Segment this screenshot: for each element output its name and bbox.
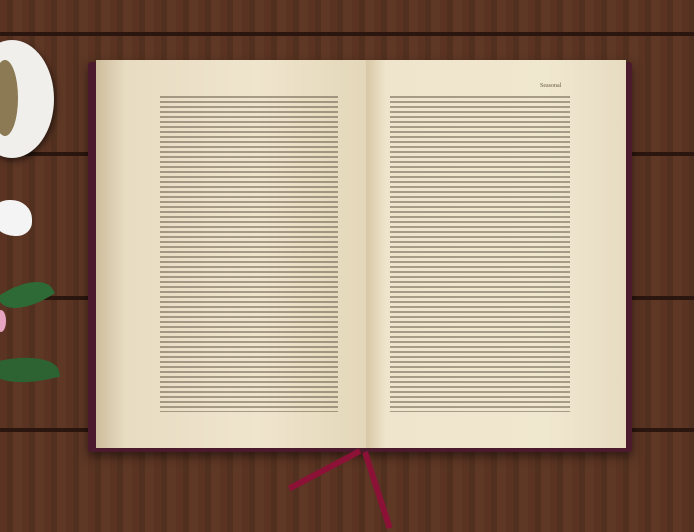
leaf <box>0 271 55 320</box>
ribbon-bookmark <box>362 451 392 529</box>
page-header: Seasonal <box>540 83 561 89</box>
cup <box>0 40 54 158</box>
white-flower <box>0 200 32 236</box>
ribbon-bookmark <box>288 448 361 491</box>
leaf <box>0 349 60 391</box>
cup-contents <box>0 60 18 136</box>
pink-bud <box>0 310 6 332</box>
right-page-text <box>390 96 570 412</box>
left-page-text <box>160 96 338 412</box>
